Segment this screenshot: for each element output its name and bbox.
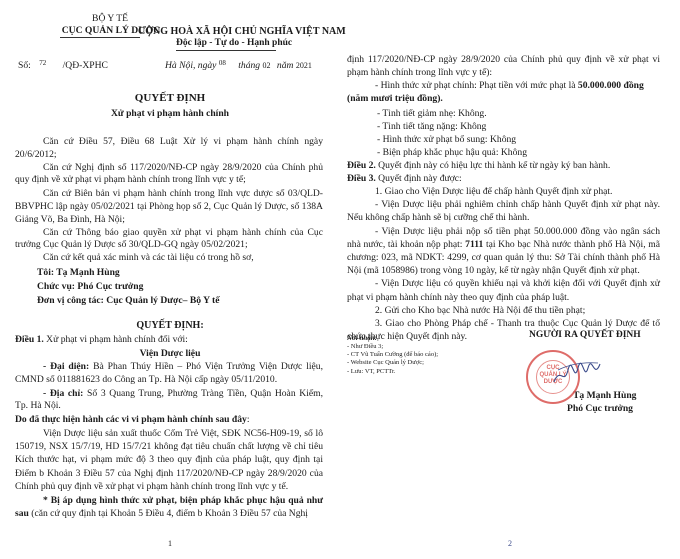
national-motto: Độc lập - Tự do - Hạnh phúc [176,37,292,50]
date-day: 08 [219,59,226,67]
representative: - Đại diện: Bà Phan Thúy Hiền – Phó Viện… [15,361,323,413]
address-label: - Địa chỉ: [43,388,83,399]
department-underline [60,37,140,38]
remedial-measures: - Biện pháp khắc phục hậu quả: Không [377,146,527,159]
article-label: Điều 3. [347,173,376,184]
mitigating-circumstances: - Tình tiết giảm nhẹ: Không. [377,107,487,120]
main-penalty: - Hình thức xử phạt chính: Phạt tiền với… [347,80,660,106]
document-page-1: BỘ Y TẾ CỤC QUẢN LÝ DƯỢC Số: 72 /QĐ-XPHC… [0,0,340,559]
rep-label: - Đại diện: [43,361,89,372]
document-title: QUYẾT ĐỊNH [0,92,340,105]
article-point: 2. Gửi cho Kho bạc Nhà nước Hà Nội để th… [347,304,660,317]
preamble-clause: Căn cứ Nghị định số 117/2020/NĐ-CP ngày … [15,162,323,188]
preamble-clause: Căn cứ kết quả xác minh và các tài liệu … [15,252,323,265]
recipient-item: - Lưu: VT, PCTTr. [347,368,438,376]
preamble-clause: Căn cứ Thông báo giao quyền xử phạt vi p… [15,227,323,253]
number-suffix: /QĐ-XPHC [63,60,108,71]
article-3-points: 1. Giao cho Viện Dược liệu để chấp hành … [347,185,660,343]
continuation-text: định 117/2020/NĐ-CP ngày 28/9/2020 của C… [347,54,660,80]
recipients-label: Nơi nhận: [347,334,377,342]
violation-description: Viện Dược liệu sản xuất thuốc Cốm Trẻ Vi… [15,427,323,520]
preamble-clause: Căn cứ Biên bản vi phạm hành chính trong… [15,188,323,226]
recipient-item: - Như Điều 3; [347,343,438,351]
violation-colon: : [247,414,250,425]
date-prefix: Hà Nội, ngày [165,60,216,71]
signer-title: Phó Cục trưởng [567,402,633,415]
article-label: Điều 2. [347,160,376,171]
month-label: tháng [238,60,260,71]
penalty-amount: 50.000.000 đồng [578,80,644,91]
article-text: Xử phạt vi phạm hành chính đối với: [44,334,188,345]
official-name: Tôi: Tạ Mạnh Hùng [37,266,120,279]
issue-date: Hà Nội, ngày 08 tháng 02 năm 2021 [165,57,312,72]
date-month: 02 [263,61,271,70]
article-1: Điều 1. Xử phạt vi phạm hành chính đối v… [15,333,188,346]
article-label: Điều 1. [15,334,44,345]
official-unit: Đơn vị công tác: Cục Quản lý Dược– Bộ Y … [37,294,220,307]
article-2: Điều 2. Quyết định này có hiệu lực thi h… [347,159,610,172]
signature-icon [552,360,602,388]
violation-text: Viện Dược liệu sản xuất thuốc Cốm Trẻ Vi… [15,427,323,493]
decision-heading: QUYẾT ĐỊNH: [0,319,340,332]
recipients-list: - Như Điều 3; - CT Vũ Tuấn Cường (để báo… [347,343,438,376]
number-label: Số: [18,60,31,71]
preamble-clause: Căn cứ Điều 57, Điều 68 Luật Xử lý vi ph… [15,136,323,162]
number-value: 72 [39,59,46,67]
penalty-words: (năm mươi triệu đồng). [347,93,660,106]
article-text: Quyết định này có hiệu lực thi hành kể t… [376,160,610,171]
decision-number: Số: 72 /QĐ-XPHC [18,57,108,72]
violation-heading-text: Do đã thực hiện hành các vi vi phạm hành… [15,414,247,425]
account-number: 7111 [465,239,483,250]
motto-underline [176,50,276,51]
date-year: 2021 [296,61,312,70]
article-point: - Viện Dược liệu phải nghiêm chỉnh chấp … [347,198,660,224]
page-number: 1 [0,537,340,550]
article-3: Điều 3. Quyết định này được: [347,172,462,185]
penalty-text: - Hình thức xử phạt chính: Phạt tiền với… [375,80,578,91]
additional-penalty: - Hình thức xử phạt bổ sung: Không [377,133,516,146]
aggravating-circumstances: - Tình tiết tăng nặng: Không [377,120,486,133]
recipient-item: - Website Cục Quản lý Dược; [347,359,438,367]
recipient-item: - CT Vũ Tuấn Cường (để báo cáo); [347,351,438,359]
violation-heading: Do đã thực hiện hành các vi vi phạm hành… [15,413,249,426]
sanction-text: (căn cứ quy định tại Khoản 5 Điều 4, điể… [29,508,308,519]
signer-name: Tạ Mạnh Hùng [573,389,636,402]
document-page-2: định 117/2020/NĐ-CP ngày 28/9/2020 của C… [340,0,680,559]
signer-heading: NGƯỜI RA QUYẾT ĐỊNH [529,329,641,342]
document-subtitle: Xử phạt vi phạm hành chính [0,107,340,120]
page-number: 2 [340,537,680,550]
article-point: 1. Giao cho Viện Dược liệu để chấp hành … [347,185,660,198]
article-point: - Viện Dược liệu có quyền khiếu nại và k… [347,277,660,303]
violator-name: Viện Dược liệu [0,347,340,360]
article-text: Quyết định này được: [376,173,462,184]
official-position: Chức vụ: Phó Cục trưởng [37,280,143,293]
preamble: Căn cứ Điều 57, Điều 68 Luật Xử lý vi ph… [15,136,323,265]
year-label: năm [277,60,294,71]
